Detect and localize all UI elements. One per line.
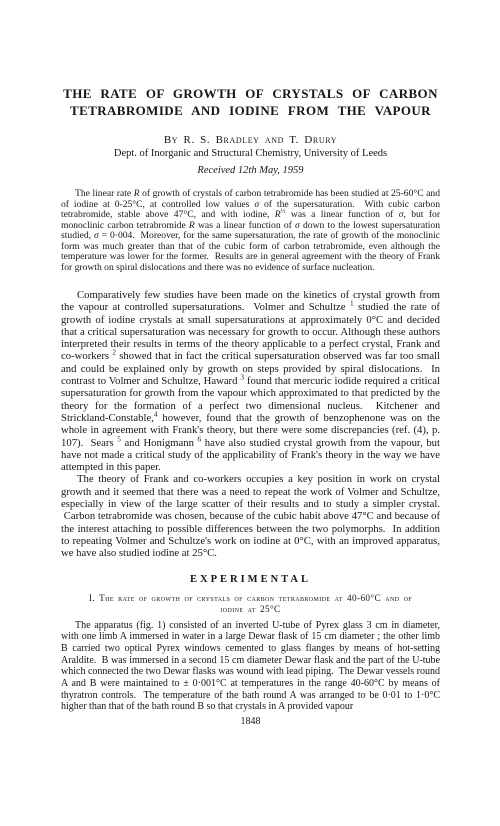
article-title-line1: THE RATE OF GROWTH OF CRYSTALS OF CARBON xyxy=(63,86,438,101)
page-content: THE RATE OF GROWTH OF CRYSTALS OF CARBON… xyxy=(61,85,440,727)
byline: By R. S. Bradley and T. Drury xyxy=(61,134,440,146)
page-number: 1848 xyxy=(61,716,440,727)
article-title-line2: TETRABROMIDE AND IODINE FROM THE VAPOUR xyxy=(70,103,431,118)
introduction-section: Comparatively few studies have been made… xyxy=(61,289,440,560)
experimental-paragraph: The apparatus (fig. 1) consisted of an i… xyxy=(61,620,440,714)
introduction-paragraph-2: The theory of Frank and co-workers occup… xyxy=(61,473,440,559)
introduction-paragraph-1: Comparatively few studies have been made… xyxy=(61,289,440,473)
experimental-heading: EXPERIMENTAL xyxy=(61,574,440,585)
received-date: Received 12th May, 1959 xyxy=(61,165,440,176)
journal-page: THE RATE OF GROWTH OF CRYSTALS OF CARBON… xyxy=(0,0,500,826)
affiliation: Dept. of Inorganic and Structural Chemis… xyxy=(61,148,440,159)
experimental-subsection-heading: I. The rate of growth of crystals of car… xyxy=(61,593,440,615)
abstract: The linear rate R of growth of crystals … xyxy=(61,189,440,273)
article-title: THE RATE OF GROWTH OF CRYSTALS OF CARBON… xyxy=(61,85,440,119)
